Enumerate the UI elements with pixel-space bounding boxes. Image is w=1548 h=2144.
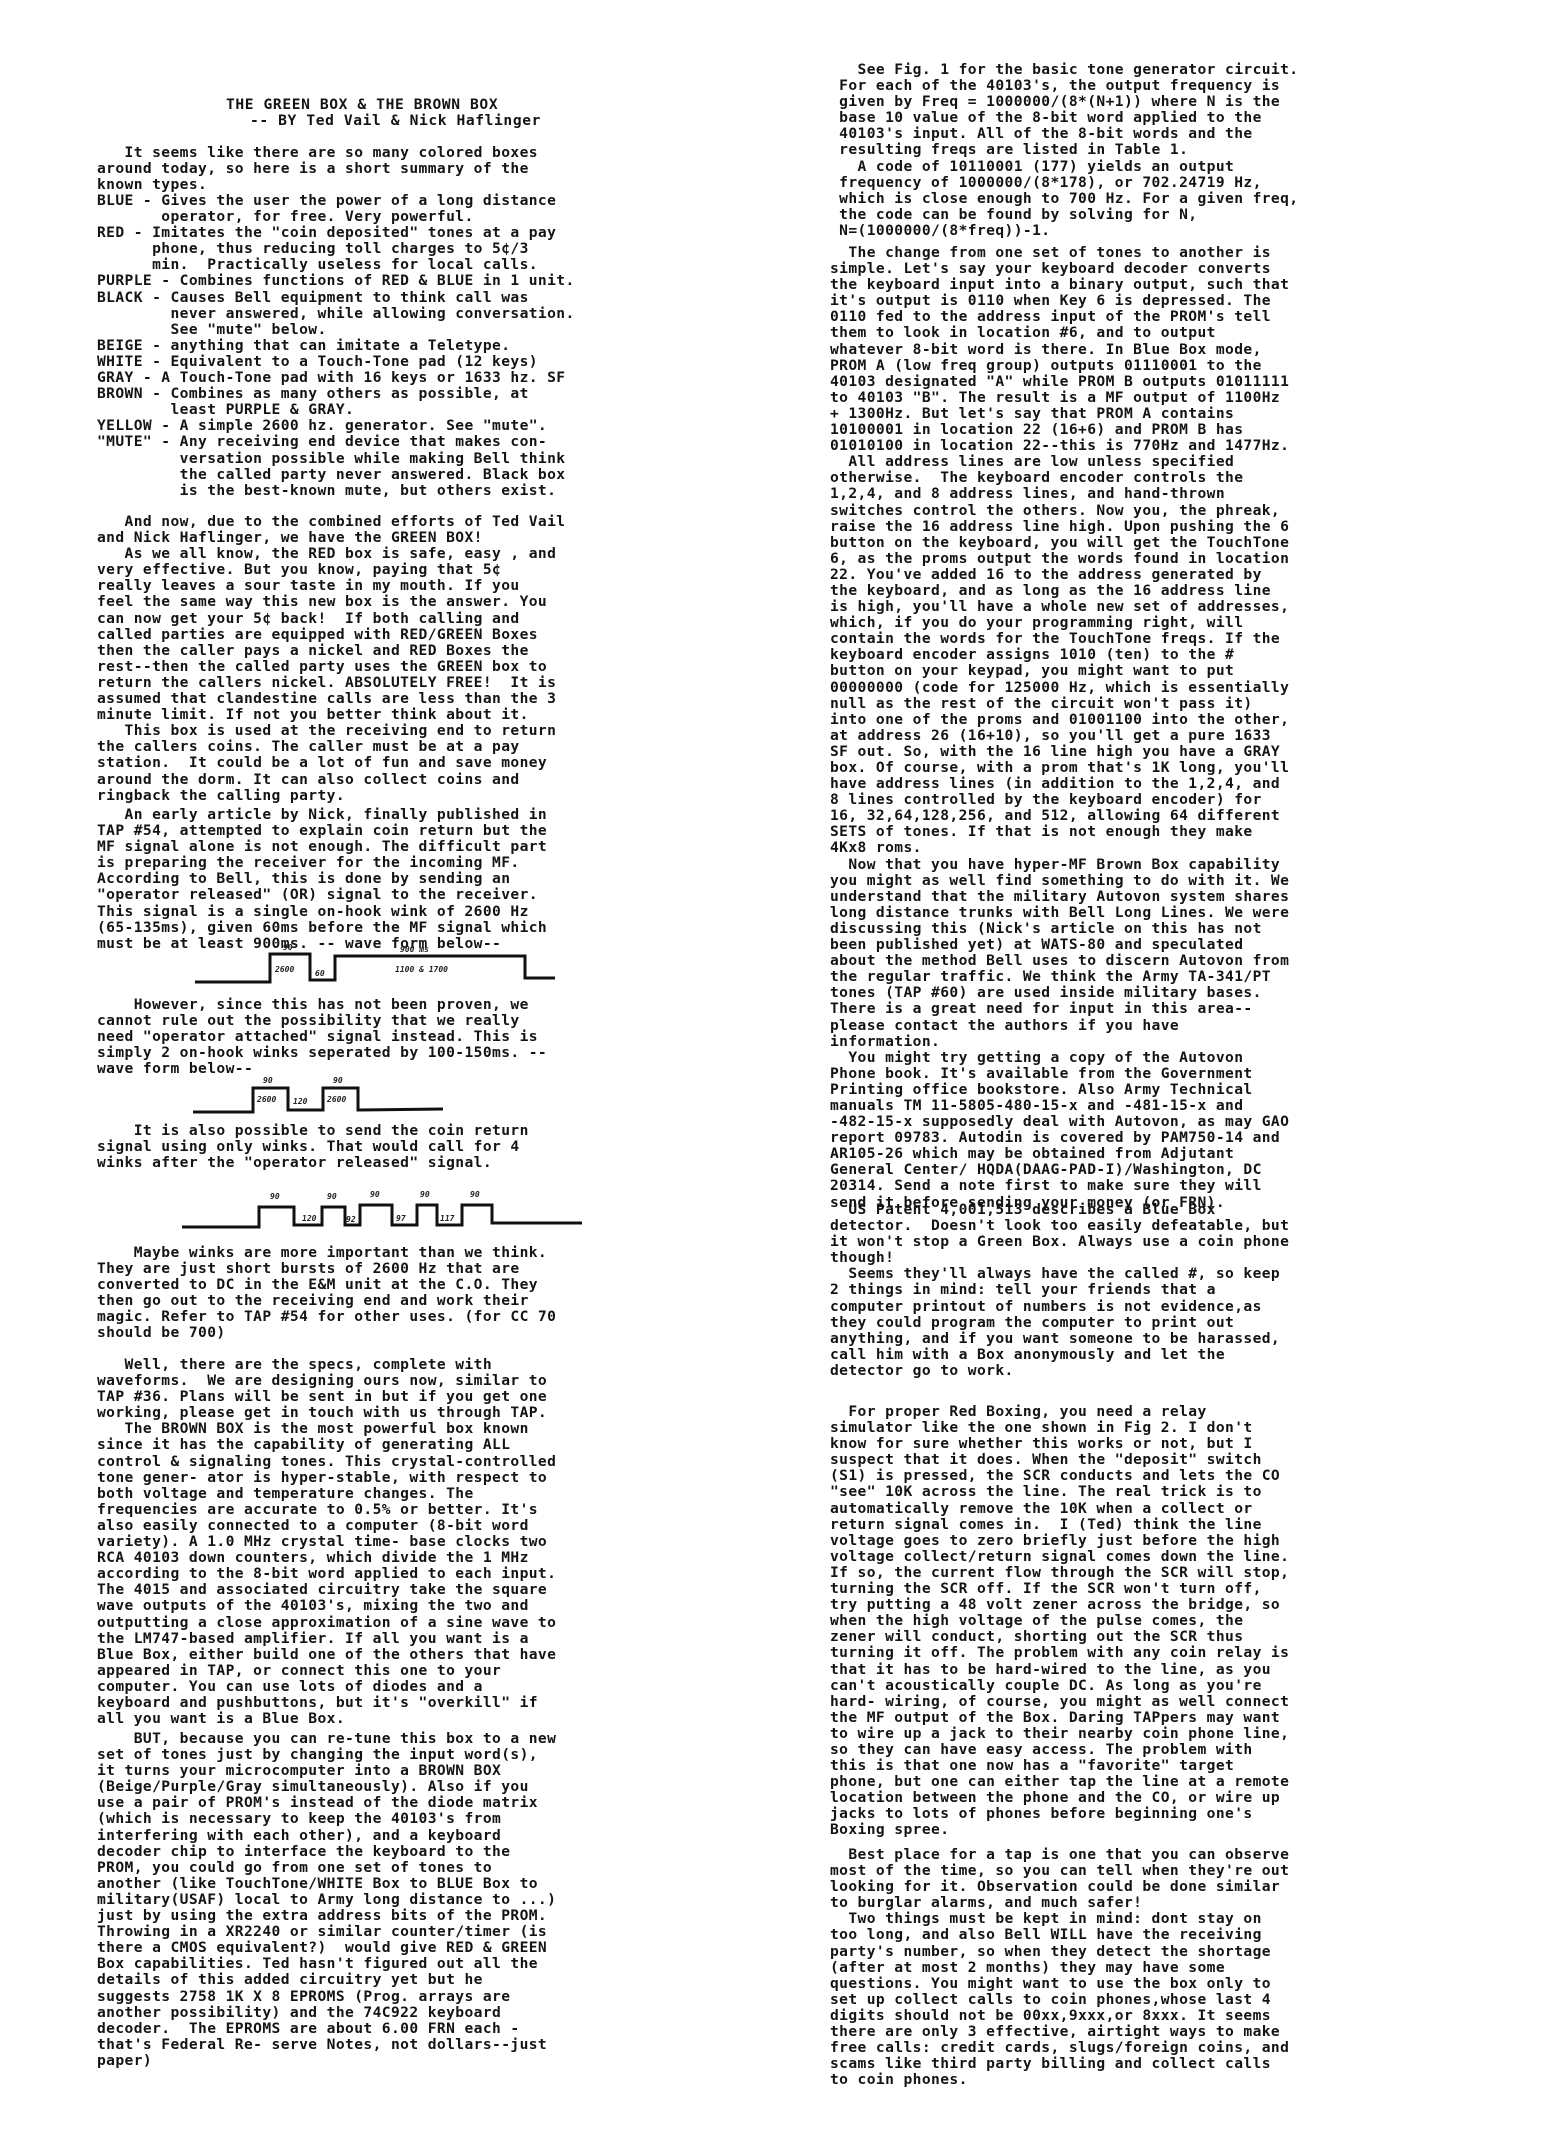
retune-paragraph: BUT, because you can re-tune this box to… (97, 1731, 556, 2069)
fig1-paragraph: See Fig. 1 for the basic tone generator … (830, 62, 1299, 239)
red-boxing-paragraph: For proper Red Boxing, you need a relay … (830, 1404, 1289, 1839)
wave3-label-8: 117 (440, 1214, 455, 1223)
wave1-label-3: 60 (315, 969, 325, 978)
patent-paragraph: US Patent 4,001,513 describes a Blue Box… (830, 1202, 1289, 1379)
best-place-paragraph: Best place for a tap is one that you can… (830, 1847, 1289, 2088)
wave1-label-1: 900 ms (400, 945, 429, 954)
wave1-label-4: 1100 & 1700 (395, 965, 448, 974)
specs-brown-box-paragraph: Well, there are the specs, complete with… (97, 1357, 556, 1727)
early-article-paragraph: An early article by Nick, finally publis… (97, 807, 547, 952)
wave3-label-3: 90 (420, 1190, 430, 1199)
waveform-operator-attached: 90 90 2600 120 2600 (193, 1072, 443, 1117)
wave3-label-0: 90 (270, 1192, 280, 1201)
however-paragraph: However, since this has not been proven,… (97, 997, 547, 1077)
winks-only-paragraph: It is also possible to send the coin ret… (97, 1123, 529, 1171)
document-page: THE GREEN BOX & THE BROWN BOX -- BY Ted … (0, 0, 1548, 2144)
wave2-label-4: 2600 (326, 1095, 346, 1104)
wave2-label-2: 2600 (256, 1095, 276, 1104)
wave3-label-6: 92 (346, 1215, 356, 1224)
wave1-label-0: 90 (283, 943, 293, 952)
wave3-label-5: 120 (302, 1214, 317, 1223)
right-column: See Fig. 1 for the basic tone generator … (830, 0, 1520, 113)
intro-paragraph: It seems like there are so many colored … (97, 145, 538, 193)
wave3-label-1: 90 (327, 1192, 337, 1201)
wave3-label-7: 97 (396, 1214, 406, 1223)
wave3-label-2: 90 (370, 1190, 380, 1199)
waveform-operator-released: 90 900 ms 2600 60 1100 & 1700 (195, 940, 555, 990)
wave2-label-0: 90 (263, 1076, 273, 1085)
box-types-list: BLUE - Gives the user the power of a lon… (97, 193, 575, 499)
left-column: It seems like there are so many colored … (97, 0, 777, 177)
waveform-four-winks: 90 90 90 90 90 120 92 97 117 (182, 1185, 582, 1230)
wave2-label-1: 90 (333, 1076, 343, 1085)
tone-change-paragraph: The change from one set of tones to anot… (830, 245, 1289, 1211)
maybe-winks-paragraph: Maybe winks are more important than we t… (97, 1245, 556, 1342)
wave2-label-3: 120 (293, 1097, 308, 1106)
wave1-label-2: 2600 (274, 965, 294, 974)
wave3-label-4: 90 (470, 1190, 480, 1199)
green-box-paragraph: And now, due to the combined efforts of … (97, 514, 566, 804)
